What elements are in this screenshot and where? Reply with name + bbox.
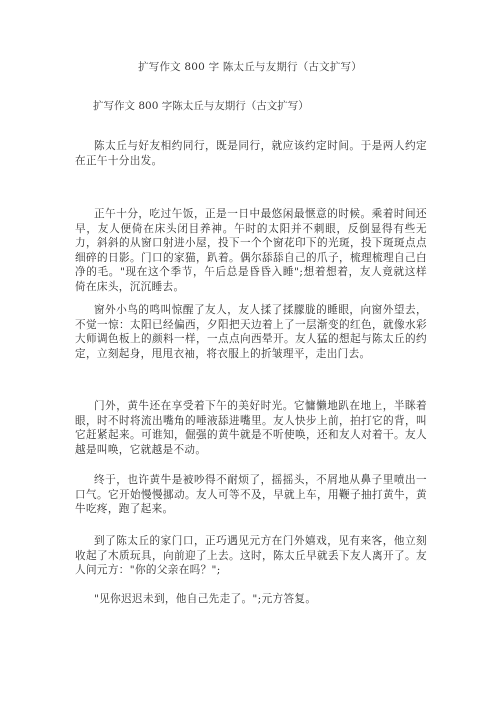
paragraph-4: 门外，黄牛还在享受着下午的美好时光。它慵懒地趴在地上，半眯着眼，时不时将流出嘴角… [75, 399, 427, 457]
document-page: 扩写作文 800 字 陈太丘与友期行（古文扩写） 扩写作文 800 字陈太丘与友… [0, 0, 500, 707]
paragraph-3: 窗外小鸟的鸣叫惊醒了友人，友人揉了揉朦胧的睡眼，向窗外望去，不觉一惊：太阳已经偏… [75, 303, 427, 361]
paragraph-6: 到了陈太丘的家门口，正巧遇见元方在门外嬉戏，见有来客，他立刻收起了木质玩具，向前… [75, 534, 427, 578]
paragraph-7: "见你迟迟未到，他自己先走了。";元方答复。 [75, 592, 427, 607]
paragraph-1: 陈太丘与好友相约同行，既是同行，就应该约定时间。于是两人约定在正午十分出发。 [75, 139, 427, 168]
paragraph-5: 终于，也许黄牛是被吵得不耐烦了，摇摇头，不屑地从鼻子里喷出一口气。它开始慢慢挪动… [75, 473, 427, 517]
document-title: 扩写作文 800 字 陈太丘与友期行（古文扩写） [0, 60, 500, 74]
document-subtitle: 扩写作文 800 字陈太丘与友期行（古文扩写） [93, 99, 309, 113]
paragraph-2: 正午十分，吃过午饭，正是一日中最悠闲最惬意的时候。乘着时间还早，友人便倚在床头闭… [75, 207, 427, 295]
